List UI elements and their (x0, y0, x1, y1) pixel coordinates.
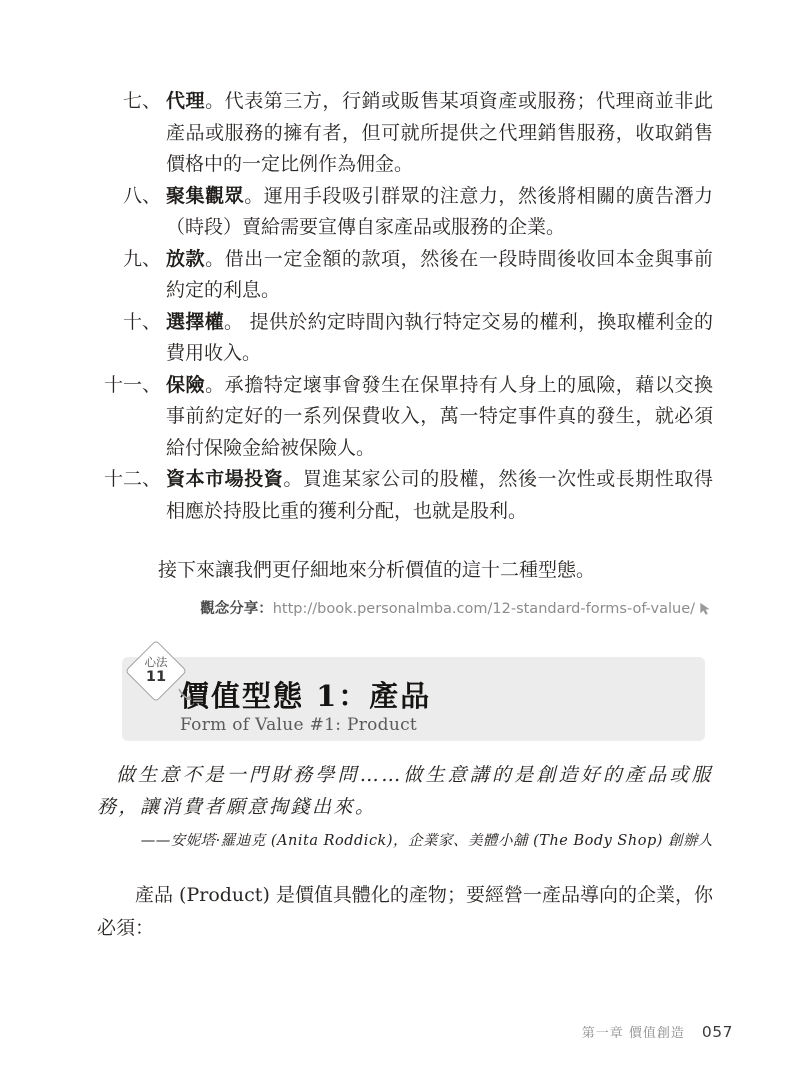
section-header: 心法 11 價值型態 1：產品 Form of Value #1: Produc… (122, 657, 705, 741)
list-number: 九、 (95, 244, 161, 276)
badge-label: 心法 (145, 656, 168, 669)
page-content: 七、代理。代表第三方，行銷或販售某項資產或服務；代理商並非此產品或服務的擁有者，… (95, 86, 713, 945)
list-term: 選擇權 (166, 311, 224, 333)
list-item: 七、代理。代表第三方，行銷或販售某項資產或服務；代理商並非此產品或服務的擁有者，… (95, 86, 713, 181)
list-number: 七、 (95, 86, 161, 118)
list-item: 八、聚集觀眾。運用手段吸引群眾的注意力，然後將相關的廣告潛力（時段）賣給需要宣傳… (95, 181, 713, 244)
list-text: 。承擔特定壞事會發生在保單持有人身上的風險，藉以交換事前約定好的一系列保費收入，… (166, 374, 713, 459)
list-term: 代理 (166, 90, 205, 112)
list-term: 聚集觀眾 (166, 185, 244, 207)
body-paragraph: 產品 (Product) 是價值具體化的產物；要經營一產品導向的企業，你必須： (97, 879, 713, 945)
list-term: 放款 (166, 248, 205, 270)
list-item: 十一、保險。承擔特定壞事會發生在保單持有人身上的風險，藉以交換事前約定好的一系列… (95, 370, 713, 465)
footer-page-number: 057 (702, 1023, 733, 1041)
section-subtitle: Form of Value #1: Product (122, 712, 705, 735)
curved-arrow-icon (176, 687, 196, 709)
list-text: 。 提供於約定時間內執行特定交易的權利，換取權利金的費用收入。 (166, 311, 713, 365)
quote-attribution: ——安妮塔·羅迪克 (Anita Roddick)，企業家、美體小舖 (The … (95, 829, 713, 850)
list-term: 資本市場投資 (166, 468, 283, 490)
list-term: 保險 (166, 374, 205, 396)
lead-paragraph: 接下來讓我們更仔細地來分析價值的這十二種型態。 (120, 555, 713, 587)
share-url-link[interactable]: http://book.personalmba.com/12-standard-… (273, 598, 695, 620)
list-item: 十、選擇權。 提供於約定時間內執行特定交易的權利，換取權利金的費用收入。 (95, 307, 713, 370)
book-page: 七、代理。代表第三方，行銷或販售某項資產或服務；代理商並非此產品或服務的擁有者，… (0, 0, 800, 1082)
list-text: 。代表第三方，行銷或販售某項資產或服務；代理商並非此產品或服務的擁有者，但可就所… (166, 90, 713, 175)
cursor-icon (698, 601, 713, 623)
list-number: 十二、 (95, 464, 161, 496)
list-text: 。運用手段吸引群眾的注意力，然後將相關的廣告潛力（時段）賣給需要宣傳自家產品或服… (166, 185, 713, 239)
section-title: 價值型態 1：產品 (122, 657, 705, 712)
list-item: 十二、資本市場投資。買進某家公司的股權，然後一次性或長期性取得相應於持股比重的獲… (95, 464, 713, 527)
concept-share-line: 觀念分享： http://book.personalmba.com/12-sta… (95, 595, 713, 623)
list-text: 。借出一定金額的款項，然後在一段時間後收回本金與事前約定的利息。 (166, 248, 713, 302)
list-item: 九、放款。借出一定金額的款項，然後在一段時間後收回本金與事前約定的利息。 (95, 244, 713, 307)
footer-chapter-title: 第一章 價值創造 (582, 1022, 685, 1041)
page-footer: 第一章 價值創造 057 (582, 1022, 733, 1041)
badge-number: 11 (146, 669, 166, 686)
value-forms-list: 七、代理。代表第三方，行銷或販售某項資產或服務；代理商並非此產品或服務的擁有者，… (95, 86, 713, 527)
share-label: 觀念分享： (200, 598, 273, 620)
list-number: 十一、 (95, 370, 161, 402)
list-number: 八、 (95, 181, 161, 213)
list-number: 十、 (95, 307, 161, 339)
mental-model-badge: 心法 11 (124, 639, 188, 703)
quote-text: 做生意不是一門財務學問……做生意講的是創造好的產品或服務，讓消費者願意掏錢出來。 (97, 759, 713, 824)
